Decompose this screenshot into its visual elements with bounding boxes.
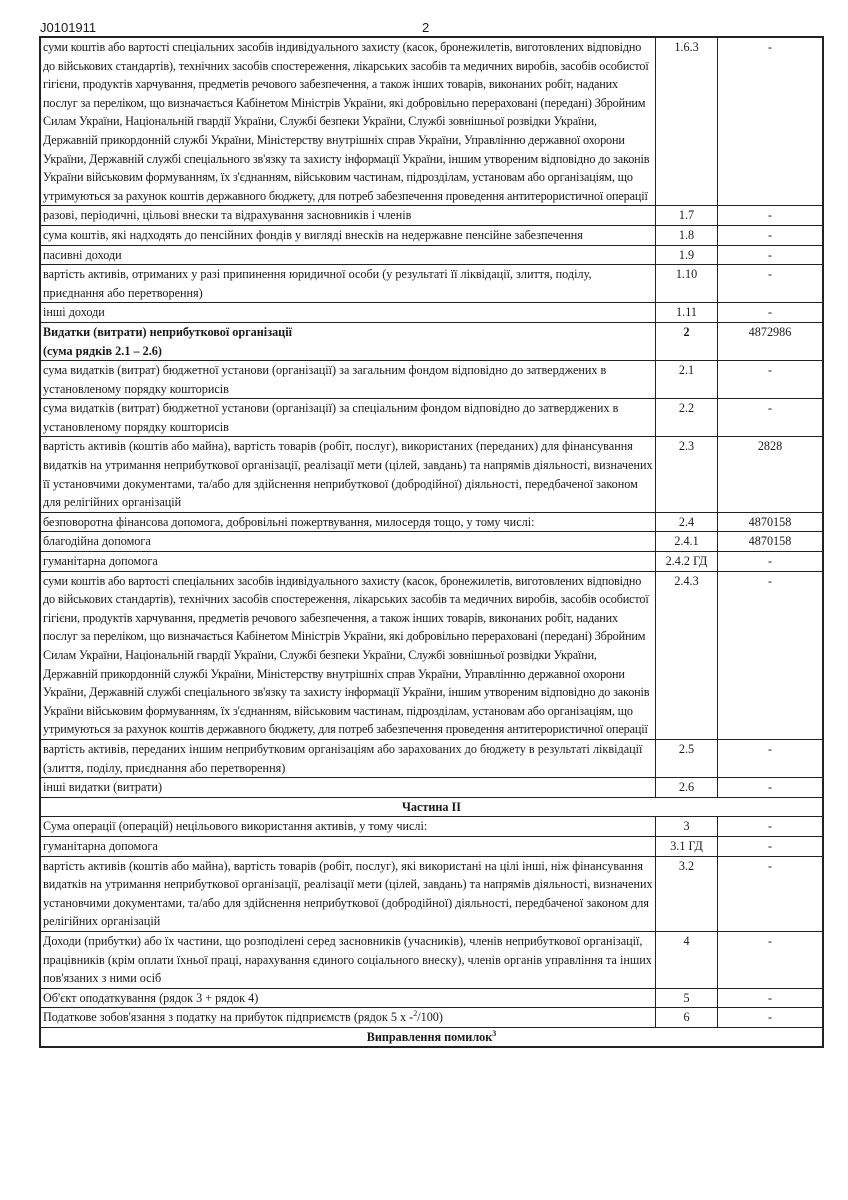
row-value[interactable]: - xyxy=(718,836,823,856)
row-code: 2.4.1 xyxy=(656,532,718,552)
table-row: пасивні доходи 1.9 - xyxy=(41,245,823,265)
row-value[interactable]: - xyxy=(718,206,823,226)
row-value[interactable]: - xyxy=(718,361,823,399)
table-row: разові, періодичні, цільові внески та ві… xyxy=(41,206,823,226)
row-description: гуманітарна допомога xyxy=(41,836,656,856)
row-code: 1.10 xyxy=(656,265,718,303)
footnote-marker: 3 xyxy=(492,1029,496,1038)
row-code: 2.4.2 ГД xyxy=(656,552,718,572)
row-description: гуманітарна допомога xyxy=(41,552,656,572)
table-row: Доходи (прибутки) або їх частини, що роз… xyxy=(41,931,823,988)
row-value[interactable]: - xyxy=(718,38,823,206)
row-code: 3.2 xyxy=(656,856,718,931)
declaration-table: суми коштів або вартості спеціальних зас… xyxy=(40,37,823,1047)
row-description: Видатки (витрати) неприбуткової організа… xyxy=(41,322,656,360)
row-description: вартість активів (коштів або майна), вар… xyxy=(41,437,656,512)
table-row: інші видатки (витрати) 2.6 - xyxy=(41,778,823,798)
table-row: інші доходи 1.11 - xyxy=(41,303,823,323)
row-code: 2.6 xyxy=(656,778,718,798)
row-code: 2.2 xyxy=(656,399,718,437)
row-code: 2.3 xyxy=(656,437,718,512)
row-value[interactable]: - xyxy=(718,399,823,437)
table-row: сума коштів, які надходять до пенсійних … xyxy=(41,225,823,245)
row-code: 5 xyxy=(656,988,718,1008)
row-code: 3.1 ГД xyxy=(656,836,718,856)
row-value[interactable]: - xyxy=(718,225,823,245)
row-value[interactable]: 4870158 xyxy=(718,512,823,532)
table-row: безповоротна фінансова допомога, доброві… xyxy=(41,512,823,532)
row-value[interactable]: - xyxy=(718,856,823,931)
row-description: Доходи (прибутки) або їх частини, що роз… xyxy=(41,931,656,988)
table-row: гуманітарна допомога 3.1 ГД - xyxy=(41,836,823,856)
row-description: інші видатки (витрати) xyxy=(41,778,656,798)
row-description: Сума операції (операцій) нецільового вик… xyxy=(41,817,656,837)
row-description: суми коштів або вартості спеціальних зас… xyxy=(41,38,656,206)
table-row: вартість активів, отриманих у разі припи… xyxy=(41,265,823,303)
section-title: Частина II xyxy=(41,797,823,817)
section-header-corrections: Виправлення помилок3 xyxy=(41,1027,823,1047)
row-subtitle: (сума рядків 2.1 – 2.6) xyxy=(43,342,653,361)
table-row: гуманітарна допомога 2.4.2 ГД - xyxy=(41,552,823,572)
row-description: Податкове зобов'язання з податку на приб… xyxy=(41,1008,656,1028)
table-row: Сума операції (операцій) нецільового вик… xyxy=(41,817,823,837)
row-value[interactable]: - xyxy=(718,571,823,739)
corrections-title: Виправлення помилок xyxy=(367,1030,493,1044)
row-code: 1.6.3 xyxy=(656,38,718,206)
table-row: вартість активів (коштів або майна), вар… xyxy=(41,856,823,931)
row-code: 2.4 xyxy=(656,512,718,532)
row-description: разові, періодичні, цільові внески та ві… xyxy=(41,206,656,226)
row-value[interactable]: - xyxy=(718,245,823,265)
row-code: 3 xyxy=(656,817,718,837)
row-title: Видатки (витрати) неприбуткової організа… xyxy=(43,323,653,342)
section-title: Виправлення помилок3 xyxy=(41,1027,823,1047)
table-row: благодійна допомога 2.4.1 4870158 xyxy=(41,532,823,552)
row-description: благодійна допомога xyxy=(41,532,656,552)
row-code: 4 xyxy=(656,931,718,988)
row-code: 1.11 xyxy=(656,303,718,323)
row-description: сума видатків (витрат) бюджетної установ… xyxy=(41,361,656,399)
row-description: пасивні доходи xyxy=(41,245,656,265)
row-value[interactable]: - xyxy=(718,778,823,798)
row-description: вартість активів (коштів або майна), вар… xyxy=(41,856,656,931)
row-text-tail: /100) xyxy=(417,1010,443,1024)
page-number: 2 xyxy=(422,20,429,35)
row-code: 2.4.3 xyxy=(656,571,718,739)
table-row: сума видатків (витрат) бюджетної установ… xyxy=(41,361,823,399)
row-code: 2.5 xyxy=(656,739,718,777)
row-code: 1.8 xyxy=(656,225,718,245)
section-header-part2: Частина II xyxy=(41,797,823,817)
row-value[interactable]: - xyxy=(718,265,823,303)
row-description: Об'єкт оподаткування (рядок 3 + рядок 4) xyxy=(41,988,656,1008)
row-value[interactable]: - xyxy=(718,931,823,988)
row-value[interactable]: - xyxy=(718,988,823,1008)
row-description: безповоротна фінансова допомога, доброві… xyxy=(41,512,656,532)
form-code: J0101911 xyxy=(40,20,96,35)
row-value[interactable]: - xyxy=(718,817,823,837)
row-text: Податкове зобов'язання з податку на приб… xyxy=(43,1010,413,1024)
table-row: Об'єкт оподаткування (рядок 3 + рядок 4)… xyxy=(41,988,823,1008)
row-value[interactable]: 4872986 xyxy=(718,322,823,360)
page-header: J0101911 2 xyxy=(40,20,820,36)
row-description: вартість активів, отриманих у разі припи… xyxy=(41,265,656,303)
table-row: суми коштів або вартості спеціальних зас… xyxy=(41,571,823,739)
row-description: сума коштів, які надходять до пенсійних … xyxy=(41,225,656,245)
row-value[interactable]: 4870158 xyxy=(718,532,823,552)
row-code: 1.9 xyxy=(656,245,718,265)
table-row: Податкове зобов'язання з податку на приб… xyxy=(41,1008,823,1028)
row-description: інші доходи xyxy=(41,303,656,323)
table-row: сума видатків (витрат) бюджетної установ… xyxy=(41,399,823,437)
table-row: вартість активів, переданих іншим неприб… xyxy=(41,739,823,777)
row-code: 6 xyxy=(656,1008,718,1028)
row-value[interactable]: - xyxy=(718,552,823,572)
row-description: сума видатків (витрат) бюджетної установ… xyxy=(41,399,656,437)
table-row: суми коштів або вартості спеціальних зас… xyxy=(41,38,823,206)
row-code: 2.1 xyxy=(656,361,718,399)
table-row: вартість активів (коштів або майна), вар… xyxy=(41,437,823,512)
row-description: вартість активів, переданих іншим неприб… xyxy=(41,739,656,777)
row-code: 2 xyxy=(656,322,718,360)
row-value[interactable]: - xyxy=(718,303,823,323)
row-value[interactable]: 2828 xyxy=(718,437,823,512)
row-code: 1.7 xyxy=(656,206,718,226)
row-value[interactable]: - xyxy=(718,739,823,777)
row-description: суми коштів або вартості спеціальних зас… xyxy=(41,571,656,739)
row-value[interactable]: - xyxy=(718,1008,823,1028)
table-row-total-expenses: Видатки (витрати) неприбуткової організа… xyxy=(41,322,823,360)
